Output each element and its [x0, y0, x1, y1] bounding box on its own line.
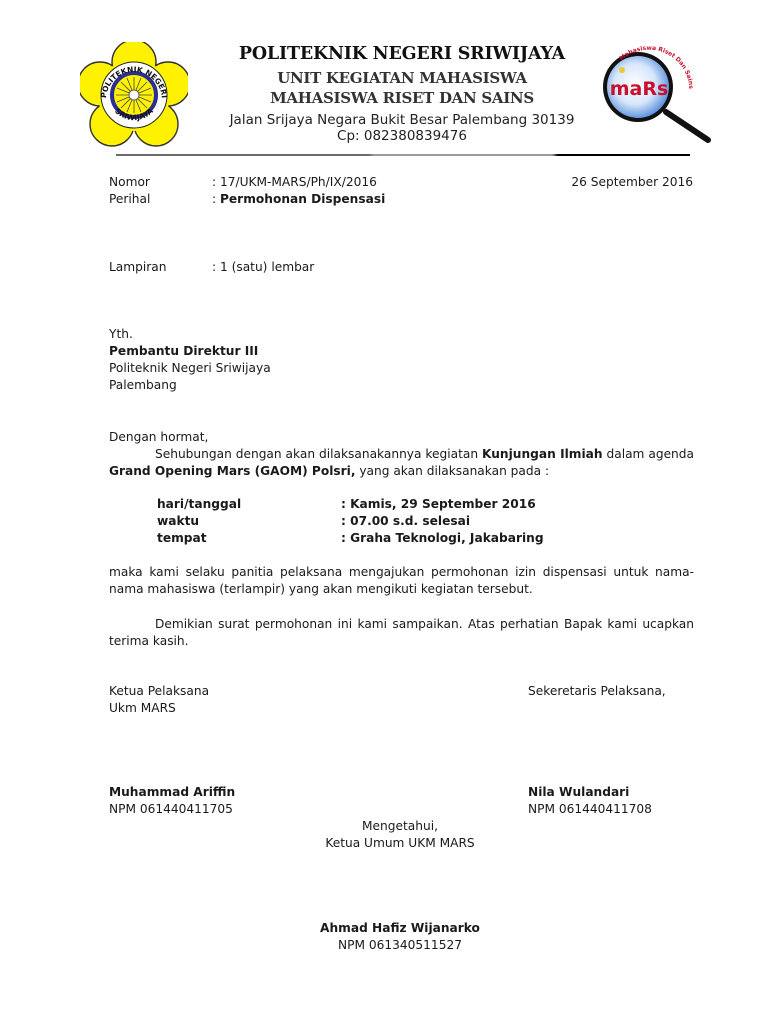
nomor-label: Nomor — [109, 175, 150, 189]
perihal-value: Permohonan Dispensasi — [220, 192, 385, 206]
address: Jalan Srijaya Negara Bukit Besar Palemba… — [210, 112, 594, 128]
paragraph-3: Demikian surat permohonan ini kami sampa… — [109, 616, 694, 650]
header-divider — [116, 154, 690, 156]
letter-date: 26 September 2016 — [571, 175, 693, 189]
detail-label: tempat — [157, 531, 207, 545]
right-signer-name: Nila Wulandari — [528, 785, 629, 799]
left-signer-role: Ketua Pelaksana — [109, 684, 209, 698]
svg-text:maRs: maRs — [610, 78, 669, 100]
nomor-value: : 17/UKM-MARS/Ph/IX/2016 — [212, 175, 377, 189]
unit-name: UNIT KEGIATAN MAHASISWA — [220, 69, 584, 87]
left-signer-org: Ukm MARS — [109, 701, 176, 715]
center-signer-name: Ahmad Hafiz Wijanarko — [250, 921, 550, 935]
organization-name: MAHASISWA RISET DAN SAINS — [220, 89, 584, 107]
center-signer-role: Ketua Umum UKM MARS — [250, 836, 550, 850]
paragraph-2: maka kami selaku panitia pelaksana menga… — [109, 564, 694, 598]
detail-value: : Graha Teknologi, Jakabaring — [341, 531, 544, 545]
acknowledgement: Mengetahui, — [250, 819, 550, 833]
lampiran-value: : 1 (satu) lembar — [212, 260, 314, 274]
recipient-salutation: Yth. — [109, 327, 133, 341]
polsri-emblem-icon: POLITEKNIK NEGERI SRIWIJAYA — [80, 42, 188, 148]
detail-value: : 07.00 s.d. selesai — [341, 514, 470, 528]
detail-label: waktu — [157, 514, 199, 528]
right-signer-npm: NPM 061440411708 — [528, 802, 652, 816]
institution-name: POLITEKNIK NEGERI SRIWIJAYA — [220, 44, 584, 64]
detail-value: : Kamis, 29 September 2016 — [341, 497, 536, 511]
center-signer-npm: NPM 061340511527 — [250, 938, 550, 952]
lampiran-label: Lampiran — [109, 260, 166, 274]
perihal-label: Perihal — [109, 192, 150, 206]
paragraph-1: Sehubungan dengan akan dilaksanakannya k… — [109, 446, 694, 480]
phone: Cp: 082380839476 — [210, 128, 594, 144]
mars-magnifier-icon: maRs Mahasiswa Riset Dan Sains — [596, 40, 718, 148]
greeting: Dengan hormat, — [109, 430, 208, 444]
event-name: Grand Opening Mars (GAOM) Polsri, — [109, 464, 355, 478]
recipient-title: Pembantu Direktur III — [109, 344, 258, 358]
perihal-value-row: : Permohonan Dispensasi — [212, 192, 385, 206]
activity-name: Kunjungan Ilmiah — [482, 447, 603, 461]
recipient-institution: Politeknik Negeri Sriwijaya — [109, 361, 271, 375]
perihal-colon: : — [212, 192, 220, 206]
detail-label: hari/tanggal — [157, 497, 241, 511]
left-signer-npm: NPM 061440411705 — [109, 802, 233, 816]
right-signer-role: Sekeretaris Pelaksana, — [528, 684, 666, 698]
left-signer-name: Muhammad Ariffin — [109, 785, 235, 799]
recipient-city: Palembang — [109, 378, 177, 392]
